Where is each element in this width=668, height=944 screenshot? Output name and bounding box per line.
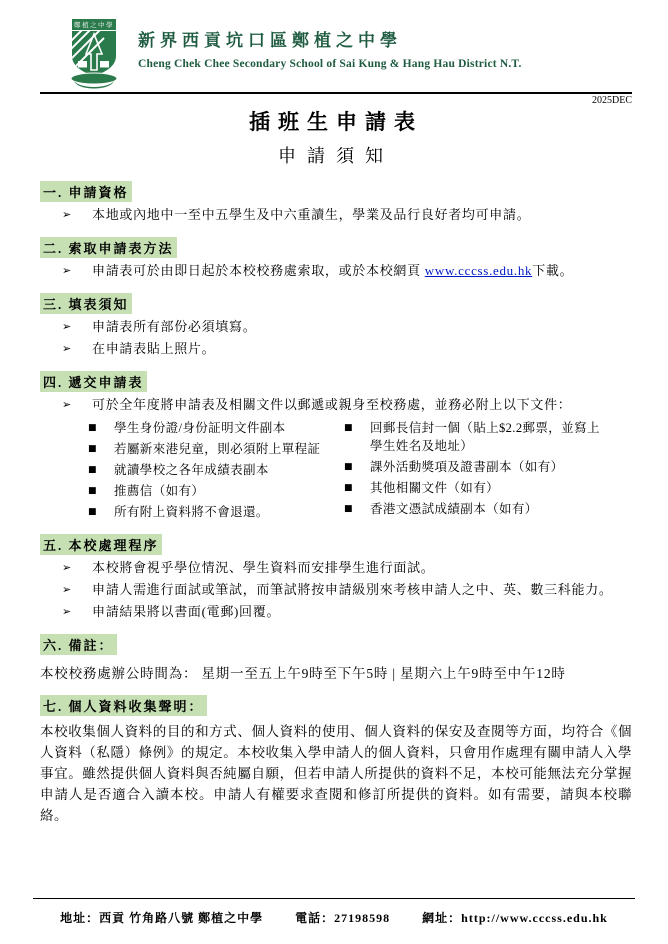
square-bullet-icon: ■ bbox=[344, 479, 370, 497]
list-item-text: 課外活動獎項及證書副本（如有） bbox=[370, 458, 564, 476]
bullet-item: ➢ 申請結果將以書面(電郵)回覆。 bbox=[62, 602, 632, 621]
footer-address: 地址：西貢 竹角路八號 鄭植之中學 bbox=[60, 909, 263, 926]
section-processing: 五. 本校處理程序 ➢ 本校將會視乎學位情況、學生資料而安排學生進行面試。 ➢ … bbox=[40, 534, 632, 621]
bullet-item: ➢ 申請表可於由即日起於本校校務處索取，或於本校網頁 www.cccss.edu… bbox=[62, 261, 632, 280]
list-item: ■ 學生身份證/身份証明文件副本 bbox=[88, 419, 332, 437]
arrow-bullet-icon: ➢ bbox=[62, 261, 92, 280]
list-item-text: 所有附上資料將不會退還。 bbox=[114, 503, 269, 521]
footer-phone: 電話：27198598 bbox=[295, 909, 390, 926]
checklist-right-column: ■ 回郵長信封一個（貼上$2.2郵票，並寫上學生姓名及地址） ■ 課外活動獎項及… bbox=[344, 416, 604, 521]
bullet-text: 申請表可於由即日起於本校校務處索取，或於本校網頁 www.cccss.edu.h… bbox=[92, 261, 632, 280]
section-heading-7: 七. 個人資料收集聲明： bbox=[40, 695, 207, 716]
bullet-text-post: 下載。 bbox=[532, 263, 573, 278]
square-bullet-icon: ■ bbox=[88, 440, 114, 458]
bullet-text: 申請人需進行面試或筆試，而筆試將按申請級別來考核申請人之中、英、數三科能力。 bbox=[92, 580, 632, 599]
section-heading-6: 六. 備註： bbox=[40, 634, 117, 655]
checklist-left-column: ■ 學生身份證/身份証明文件副本 ■ 若屬新來港兒童，則必須附上單程証 ■ 就讀… bbox=[88, 416, 332, 521]
school-name-zh: 新界西貢坑口區鄭植之中學 bbox=[138, 26, 522, 51]
footer-website: 網址：http://www.cccss.edu.hk bbox=[422, 909, 608, 926]
school-names: 新界西貢坑口區鄭植之中學 Cheng Chek Chee Secondary S… bbox=[138, 26, 522, 70]
bullet-item: ➢ 本校將會視乎學位情況、學生資料而安排學生進行面試。 bbox=[62, 558, 632, 577]
square-bullet-icon: ■ bbox=[88, 503, 114, 521]
section-form-notes: 三. 填表須知 ➢ 申請表所有部份必須填寫。 ➢ 在申請表貼上照片。 bbox=[40, 293, 632, 358]
list-item: ■ 課外活動獎項及證書副本（如有） bbox=[344, 458, 604, 476]
document-body: 插班生申請表 申請須知 一. 申請資格 ➢ 本地或內地中一至中五學生及中六重讀生… bbox=[40, 106, 632, 826]
section-heading-4: 四. 遞交申請表 bbox=[40, 371, 147, 392]
doc-code: 2025DEC bbox=[0, 95, 632, 106]
section-obtain-form: 二. 索取申請表方法 ➢ 申請表可於由即日起於本校校務處索取，或於本校網頁 ww… bbox=[40, 237, 632, 280]
privacy-statement-text: 本校收集個人資料的目的和方式、個人資料的使用、個人資料的保安及查閱等方面，均符合… bbox=[40, 721, 632, 826]
list-item: ■ 回郵長信封一個（貼上$2.2郵票，並寫上學生姓名及地址） bbox=[344, 419, 604, 455]
square-bullet-icon: ■ bbox=[344, 419, 370, 455]
square-bullet-icon: ■ bbox=[88, 461, 114, 479]
list-item-text: 回郵長信封一個（貼上$2.2郵票，並寫上學生姓名及地址） bbox=[370, 419, 604, 455]
list-item: ■ 香港文憑試成績副本（如有） bbox=[344, 500, 604, 518]
arrow-bullet-icon: ➢ bbox=[62, 602, 92, 621]
document-page: 鄭植之中學 新界西貢坑口區鄭植之中學 Cheng Chek Chee Secon… bbox=[0, 0, 668, 944]
website-link[interactable]: www.cccss.edu.hk bbox=[425, 263, 532, 278]
header-divider bbox=[40, 92, 632, 94]
list-item-text: 推薦信（如有） bbox=[114, 482, 204, 500]
footer-divider bbox=[33, 898, 635, 899]
arrow-bullet-icon: ➢ bbox=[62, 395, 92, 414]
list-item: ■ 推薦信（如有） bbox=[88, 482, 332, 500]
bullet-item: ➢ 本地或內地中一至中五學生及中六重讀生，學業及品行良好者均可申請。 bbox=[62, 205, 632, 224]
section-heading-3: 三. 填表須知 bbox=[40, 293, 132, 314]
bullet-text: 申請表所有部份必須填寫。 bbox=[92, 317, 632, 336]
bullet-text: 申請結果將以書面(電郵)回覆。 bbox=[92, 602, 632, 621]
arrow-bullet-icon: ➢ bbox=[62, 580, 92, 599]
bullet-text: 可於全年度將申請表及相關文件以郵遞或親身至校務處，並務必附上以下文件： bbox=[92, 395, 632, 414]
bullet-item: ➢ 申請表所有部份必須填寫。 bbox=[62, 317, 632, 336]
section-privacy: 七. 個人資料收集聲明： 本校收集個人資料的目的和方式、個人資料的使用、個人資料… bbox=[40, 695, 632, 826]
section-remarks: 六. 備註： 本校校務處辦公時間為： 星期一至五上午9時至下午5時 | 星期六上… bbox=[40, 634, 632, 682]
bullet-item: ➢ 可於全年度將申請表及相關文件以郵遞或親身至校務處，並務必附上以下文件： bbox=[62, 395, 632, 414]
square-bullet-icon: ■ bbox=[88, 482, 114, 500]
arrow-bullet-icon: ➢ bbox=[62, 317, 92, 336]
list-item: ■ 其他相關文件（如有） bbox=[344, 479, 604, 497]
square-bullet-icon: ■ bbox=[344, 500, 370, 518]
school-logo-icon: 鄭植之中學 bbox=[66, 18, 122, 92]
arrow-bullet-icon: ➢ bbox=[62, 205, 92, 224]
page-title: 插班生申請表 bbox=[40, 106, 632, 136]
section-heading-5: 五. 本校處理程序 bbox=[40, 534, 162, 555]
bullet-text: 本地或內地中一至中五學生及中六重讀生，學業及品行良好者均可申請。 bbox=[92, 205, 632, 224]
list-item: ■ 就讀學校之各年成績表副本 bbox=[88, 461, 332, 479]
list-item-text: 香港文憑試成績副本（如有） bbox=[370, 500, 538, 518]
bullet-item: ➢ 在申請表貼上照片。 bbox=[62, 339, 632, 358]
square-bullet-icon: ■ bbox=[344, 458, 370, 476]
list-item-text: 其他相關文件（如有） bbox=[370, 479, 499, 497]
section-heading-2: 二. 索取申請表方法 bbox=[40, 237, 177, 258]
section-submission: 四. 遞交申請表 ➢ 可於全年度將申請表及相關文件以郵遞或親身至校務處，並務必附… bbox=[40, 371, 632, 521]
bullet-text: 在申請表貼上照片。 bbox=[92, 339, 632, 358]
document-checklist: ■ 學生身份證/身份証明文件副本 ■ 若屬新來港兒童，則必須附上單程証 ■ 就讀… bbox=[88, 416, 632, 521]
list-item-text: 若屬新來港兒童，則必須附上單程証 bbox=[114, 440, 320, 458]
logo-banner-text: 鄭植之中學 bbox=[74, 20, 114, 29]
list-item: ■ 所有附上資料將不會退還。 bbox=[88, 503, 332, 521]
list-item: ■ 若屬新來港兒童，則必須附上單程証 bbox=[88, 440, 332, 458]
section-heading-1: 一. 申請資格 bbox=[40, 181, 132, 202]
arrow-bullet-icon: ➢ bbox=[62, 558, 92, 577]
list-item-text: 學生身份證/身份証明文件副本 bbox=[114, 419, 286, 437]
section-eligibility: 一. 申請資格 ➢ 本地或內地中一至中五學生及中六重讀生，學業及品行良好者均可申… bbox=[40, 181, 632, 224]
school-name-en: Cheng Chek Chee Secondary School of Sai … bbox=[138, 58, 522, 70]
square-bullet-icon: ■ bbox=[88, 419, 114, 437]
arrow-bullet-icon: ➢ bbox=[62, 339, 92, 358]
bullet-text: 本校將會視乎學位情況、學生資料而安排學生進行面試。 bbox=[92, 558, 632, 577]
page-header: 鄭植之中學 新界西貢坑口區鄭植之中學 Cheng Chek Chee Secon… bbox=[66, 18, 522, 92]
page-footer: 地址：西貢 竹角路八號 鄭植之中學 電話：27198598 網址：http://… bbox=[0, 909, 668, 926]
office-hours-text: 本校校務處辦公時間為： 星期一至五上午9時至下午5時 | 星期六上午9時至中午1… bbox=[40, 662, 632, 682]
bullet-text-pre: 申請表可於由即日起於本校校務處索取，或於本校網頁 bbox=[92, 263, 425, 278]
page-subtitle: 申請須知 bbox=[40, 142, 632, 168]
bullet-item: ➢ 申請人需進行面試或筆試，而筆試將按申請級別來考核申請人之中、英、數三科能力。 bbox=[62, 580, 632, 599]
list-item-text: 就讀學校之各年成績表副本 bbox=[114, 461, 269, 479]
